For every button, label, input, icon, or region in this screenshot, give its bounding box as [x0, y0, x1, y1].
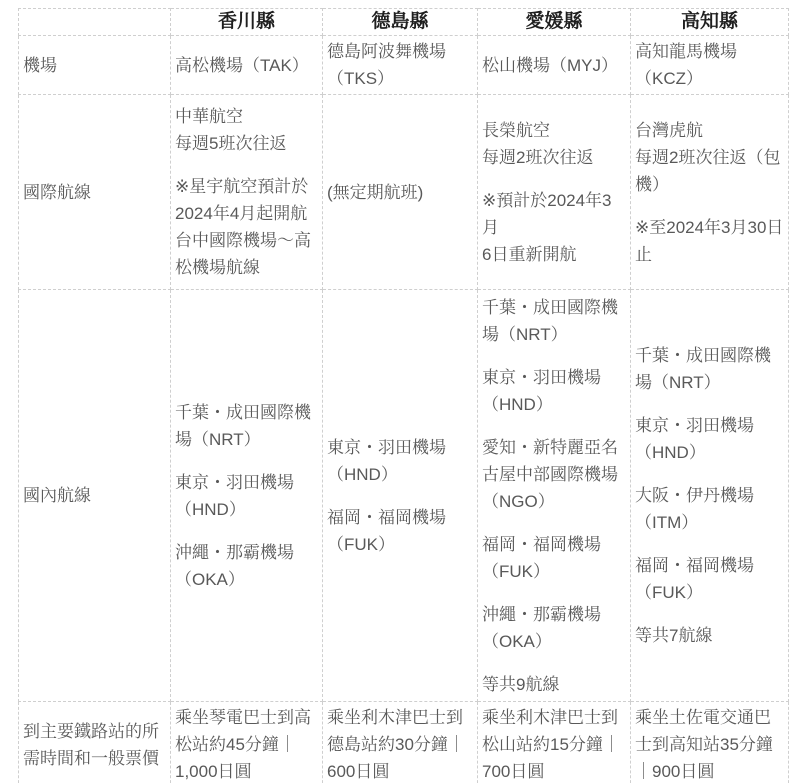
cell-paragraph: 等共9航線 [482, 671, 626, 698]
cell-paragraph: 沖繩・那霸機場 （OKA） [175, 539, 318, 593]
cell-paragraph: 東京・羽田機場 （HND） [175, 469, 318, 523]
cell-paragraph: 乘坐利木津巴士到 松山站約15分鐘｜ 700日圓 [482, 704, 626, 783]
cell-paragraph: 乘坐土佐電交通巴 士到高知站35分鐘 ｜900日圓 [635, 704, 784, 783]
row-label: 機場 [19, 36, 171, 95]
cell-paragraph: 千葉・成田國際機 場（NRT） [635, 342, 784, 396]
table-cell: 德島阿波舞機場 （TKS） [323, 36, 478, 95]
column-header-tokushima: 德島縣 [323, 9, 478, 36]
cell-paragraph: 福岡・福岡機場 （FUK） [635, 552, 784, 606]
cell-paragraph: 愛知・新特麗亞名 古屋中部國際機場 （NGO） [482, 434, 626, 515]
cell-paragraph: 東京・羽田機場 （HND） [482, 364, 626, 418]
cell-paragraph: 福岡・福岡機場 （FUK） [482, 531, 626, 585]
page: 香川縣 德島縣 愛媛縣 高知縣 機場高松機場（TAK）德島阿波舞機場 （TKS）… [0, 0, 800, 783]
table-cell: 乘坐土佐電交通巴 士到高知站35分鐘 ｜900日圓 [631, 702, 789, 783]
cell-paragraph: 大阪・伊丹機場 （ITM） [635, 482, 784, 536]
row-label: 國內航線 [19, 290, 171, 702]
cell-paragraph: 高知龍馬機場 （KCZ） [635, 38, 784, 92]
cell-paragraph: 乘坐琴電巴士到高 松站約45分鐘｜ 1,000日圓 [175, 704, 318, 783]
cell-paragraph: 長榮航空 每週2班次往返 [482, 117, 626, 171]
table-row: 國際航線中華航空 每週5班次往返※星宇航空預計於 2024年4月起開航 台中國際… [19, 95, 789, 290]
table-cell: 千葉・成田國際機 場（NRT）東京・羽田機場 （HND）大阪・伊丹機場 （ITM… [631, 290, 789, 702]
table-cell: 長榮航空 每週2班次往返※預計於2024年3月 6日重新開航 [478, 95, 631, 290]
cell-paragraph: 松山機場（MYJ） [482, 52, 626, 79]
table-cell: 千葉・成田國際機 場（NRT）東京・羽田機場 （HND）愛知・新特麗亞名 古屋中… [478, 290, 631, 702]
cell-paragraph: 等共7航線 [635, 622, 784, 649]
table-row: 機場高松機場（TAK）德島阿波舞機場 （TKS）松山機場（MYJ）高知龍馬機場 … [19, 36, 789, 95]
cell-paragraph: ※預計於2024年3月 6日重新開航 [482, 187, 626, 268]
cell-paragraph: 千葉・成田國際機 場（NRT） [175, 399, 318, 453]
table-cell: 乘坐利木津巴士到 松山站約15分鐘｜ 700日圓 [478, 702, 631, 783]
column-header-empty [19, 9, 171, 36]
cell-paragraph: (無定期航班) [327, 179, 473, 206]
table-cell: 乘坐琴電巴士到高 松站約45分鐘｜ 1,000日圓 [171, 702, 323, 783]
table-cell: 千葉・成田國際機 場（NRT）東京・羽田機場 （HND）沖繩・那霸機場 （OKA… [171, 290, 323, 702]
cell-paragraph: 德島阿波舞機場 （TKS） [327, 38, 473, 92]
column-header-ehime: 愛媛縣 [478, 9, 631, 36]
table-cell: 高知龍馬機場 （KCZ） [631, 36, 789, 95]
table-cell: (無定期航班) [323, 95, 478, 290]
cell-paragraph: 東京・羽田機場 （HND） [635, 412, 784, 466]
cell-paragraph: 東京・羽田機場 （HND） [327, 434, 473, 488]
cell-paragraph: 乘坐利木津巴士到 德島站約30分鐘｜ 600日圓 [327, 704, 473, 783]
row-label: 國際航線 [19, 95, 171, 290]
table-row: 國內航線千葉・成田國際機 場（NRT）東京・羽田機場 （HND）沖繩・那霸機場 … [19, 290, 789, 702]
column-header-kochi: 高知縣 [631, 9, 789, 36]
cell-paragraph: 台灣虎航 每週2班次往返（包 機） [635, 117, 784, 198]
table-cell: 高松機場（TAK） [171, 36, 323, 95]
table-row: 到主要鐵路站的所需時間和一般票價乘坐琴電巴士到高 松站約45分鐘｜ 1,000日… [19, 702, 789, 783]
cell-paragraph: 沖繩・那霸機場 （OKA） [482, 601, 626, 655]
cell-paragraph: 中華航空 每週5班次往返 [175, 103, 318, 157]
table-body: 機場高松機場（TAK）德島阿波舞機場 （TKS）松山機場（MYJ）高知龍馬機場 … [19, 36, 789, 783]
table-header-row: 香川縣 德島縣 愛媛縣 高知縣 [19, 9, 789, 36]
row-label: 到主要鐵路站的所需時間和一般票價 [19, 702, 171, 783]
table-cell: 松山機場（MYJ） [478, 36, 631, 95]
table-cell: 台灣虎航 每週2班次往返（包 機）※至2024年3月30日 止 [631, 95, 789, 290]
cell-paragraph: 千葉・成田國際機 場（NRT） [482, 294, 626, 348]
cell-paragraph: 福岡・福岡機場 （FUK） [327, 504, 473, 558]
prefecture-comparison-table: 香川縣 德島縣 愛媛縣 高知縣 機場高松機場（TAK）德島阿波舞機場 （TKS）… [18, 8, 789, 783]
cell-paragraph: 高松機場（TAK） [175, 52, 318, 79]
table-cell: 中華航空 每週5班次往返※星宇航空預計於 2024年4月起開航 台中國際機場～高… [171, 95, 323, 290]
cell-paragraph: ※至2024年3月30日 止 [635, 214, 784, 268]
column-header-kagawa: 香川縣 [171, 9, 323, 36]
table-cell: 東京・羽田機場 （HND）福岡・福岡機場 （FUK） [323, 290, 478, 702]
cell-paragraph: ※星宇航空預計於 2024年4月起開航 台中國際機場～高 松機場航線 [175, 173, 318, 281]
table-cell: 乘坐利木津巴士到 德島站約30分鐘｜ 600日圓 [323, 702, 478, 783]
